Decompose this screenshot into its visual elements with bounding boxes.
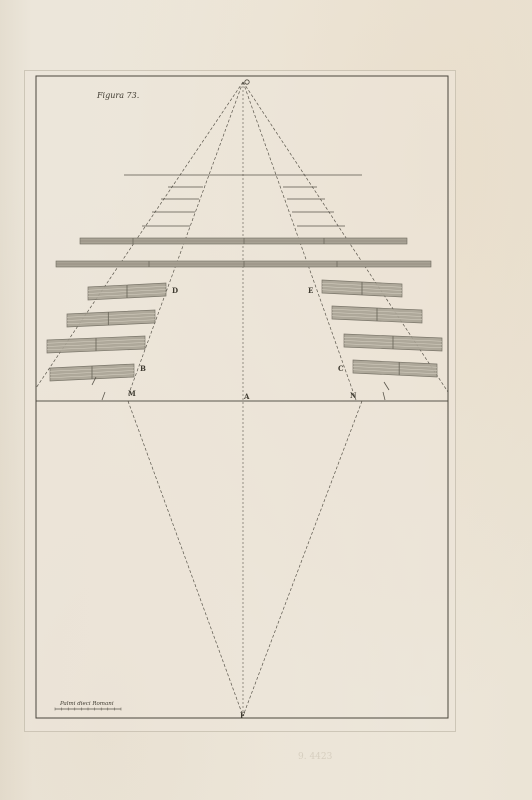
long-bar-0 (80, 238, 407, 244)
point-label-n: N (350, 391, 357, 400)
ray-m-f (128, 401, 243, 716)
tick-mark-3 (383, 392, 385, 400)
left-slab-2 (47, 336, 145, 353)
ray-n-f (243, 401, 362, 716)
scale-caption: Palmi dieci Romani (59, 701, 114, 707)
tick-mark-1 (102, 392, 105, 400)
figure-title: Figura 73. (96, 91, 139, 100)
point-label-f: F (240, 711, 245, 720)
perspective-engraving: AFDEBCMNFigura 73.Palmi dieci Romani (0, 0, 532, 800)
right-slab-0 (322, 280, 402, 297)
long-bar-1 (56, 261, 431, 267)
book-page: 9. 4423 AFDEBCMNFigura 73.Palmi dieci Ro… (0, 0, 532, 800)
tick-mark-2 (384, 382, 389, 390)
left-slab-3 (50, 364, 134, 381)
left-slab-1 (67, 310, 155, 327)
point-label-b: B (140, 364, 146, 373)
point-label-a: A (243, 392, 250, 401)
point-label-m: M (128, 389, 136, 398)
right-slab-1 (332, 306, 422, 323)
right-slab-2 (344, 334, 442, 351)
point-label-e: E (308, 286, 313, 295)
left-slab-0 (88, 283, 166, 300)
point-label-c: C (338, 364, 344, 373)
right-slab-3 (353, 360, 437, 377)
point-o-marker (245, 80, 249, 84)
plate-frame (36, 76, 448, 718)
point-label-d: D (172, 286, 178, 295)
